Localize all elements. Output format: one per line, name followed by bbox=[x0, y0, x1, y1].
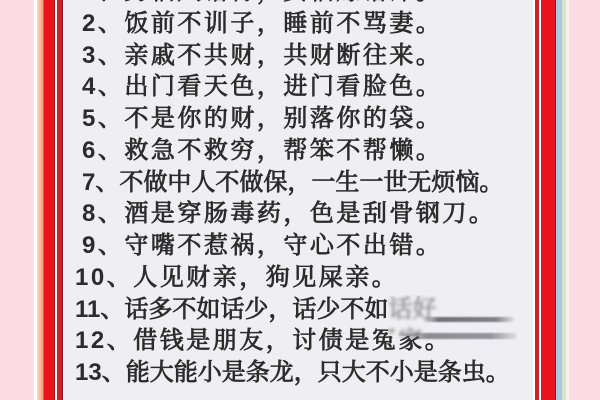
proverb-line-13: 13、能大能小是条龙，只大不小是条虫。 bbox=[64, 357, 533, 389]
watermark-smudge-streak-2 bbox=[398, 333, 517, 339]
proverb-poster: 1、男怕入错行，女怕嫁错郎。 2、饭前不训子，睡前不骂妻。 3、亲戚不共财，共财… bbox=[0, 0, 600, 400]
proverb-line-2: 2、饭前不训子，睡前不骂妻。 bbox=[64, 8, 533, 40]
proverb-line-4: 4、出门看天色，进门看脸色。 bbox=[64, 71, 533, 103]
proverb-line-7: 7、不做中人不做保，一生一世无烦恼。 bbox=[64, 167, 533, 199]
proverb-line-1: 1、男怕入错行，女怕嫁错郎。 bbox=[64, 0, 533, 8]
proverb-line-10: 10、人见财亲，狗见屎亲。 bbox=[64, 262, 533, 294]
watermark-smudge-streak-1 bbox=[422, 317, 514, 322]
proverb-line-6: 6、救急不救穷，帮笨不帮懒。 bbox=[64, 135, 533, 167]
proverb-line-8: 8、酒是穿肠毒药，色是刮骨钢刀。 bbox=[64, 198, 533, 230]
proverb-panel: 1、男怕入错行，女怕嫁错郎。 2、饭前不训子，睡前不骂妻。 3、亲戚不共财，共财… bbox=[64, 0, 533, 400]
proverb-line-9: 9、守嘴不惹祸，守心不出错。 bbox=[64, 230, 533, 262]
watermark-smudge-patch bbox=[388, 295, 522, 336]
left-border-stripes bbox=[0, 0, 64, 400]
right-border-stripes bbox=[533, 0, 600, 400]
proverb-line-5: 5、不是你的财，别落你的袋。 bbox=[64, 103, 533, 135]
proverb-line-3: 3、亲戚不共财，共财断往来。 bbox=[64, 40, 533, 72]
